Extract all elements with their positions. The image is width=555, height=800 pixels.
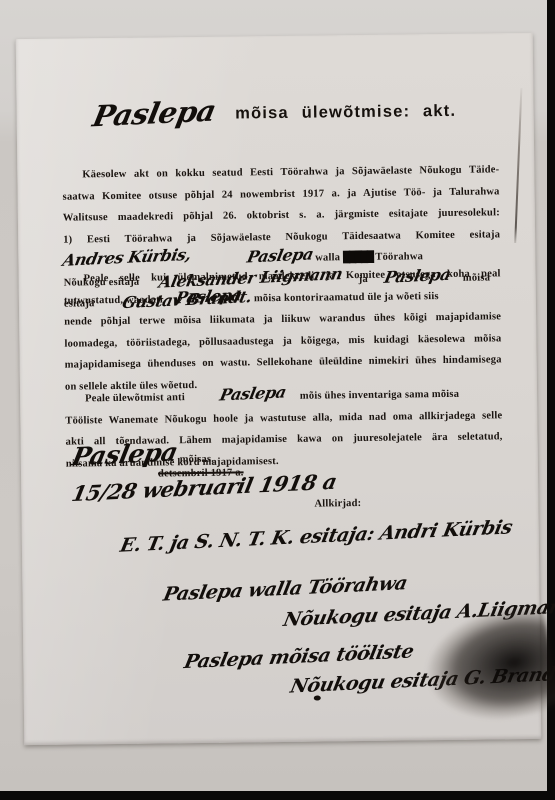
typed-word: walla — [315, 252, 340, 263]
handwritten-name: Andres Kürbis, — [61, 247, 192, 269]
photo-speck — [422, 679, 425, 682]
document-page: Paslepamõisa ülewõtmise: akt. Käesolew a… — [16, 33, 542, 745]
typed-word: Töörahwa — [375, 251, 423, 263]
photo-speck — [368, 653, 370, 655]
title-text: mõisa ülewõtmise: akt. — [235, 102, 456, 123]
photo-speck — [314, 696, 321, 701]
signatures-heading: Allkirjad: — [314, 498, 361, 510]
handwritten-date: 15/28 webruaril 1918 a — [70, 471, 338, 504]
typed-word: mõis ühes inventariga sama mõisa — [300, 389, 459, 402]
handwritten-manor-name: Paslepa — [174, 287, 243, 306]
handwritten-signature: Paslepa walla Töörahwa — [162, 574, 409, 604]
document-title: Paslepamõisa ülewõtmise: akt. — [16, 95, 533, 130]
handwritten-manor-name: Paslepa — [70, 439, 180, 469]
signature-committee: E. T. ja S. N. T. K. esitaja: Andri Kürb… — [122, 525, 511, 550]
signature-parish-line1: Paslepa walla Töörahwa — [164, 578, 406, 601]
place-date-block: Paslepa mõisas. detsembril 1917 a. 15/28… — [73, 437, 504, 499]
typed-word: tutwustatud, waadati — [64, 294, 163, 306]
handwritten-manor-name: Paslepa — [91, 97, 219, 132]
typed-word: mõisas. — [180, 454, 215, 465]
handwritten-date-line: 15/28 webruaril 1918 a — [73, 475, 503, 499]
photo-of-document: Paslepamõisa ülewõtmise: akt. Käesolew a… — [0, 0, 555, 800]
typed-word: Peale ülewõtmist anti — [85, 392, 185, 404]
paragraph-2: Peale selle kui ülemalnimetud maadekredi… — [64, 263, 503, 397]
handwritten-signature: E. T. ja S. N. T. K. esitaja: Andri Kürb… — [118, 518, 513, 555]
handwritten-manor-name: Paslepa — [198, 384, 287, 404]
redacted-word: █████ — [343, 252, 373, 263]
typed-word: mõisa kontoriraamatud üle ja wõeti siis — [254, 291, 439, 304]
place-line: Paslepa mõisas. — [73, 437, 503, 467]
handwritten-manor-name: Paslepa — [245, 246, 314, 265]
